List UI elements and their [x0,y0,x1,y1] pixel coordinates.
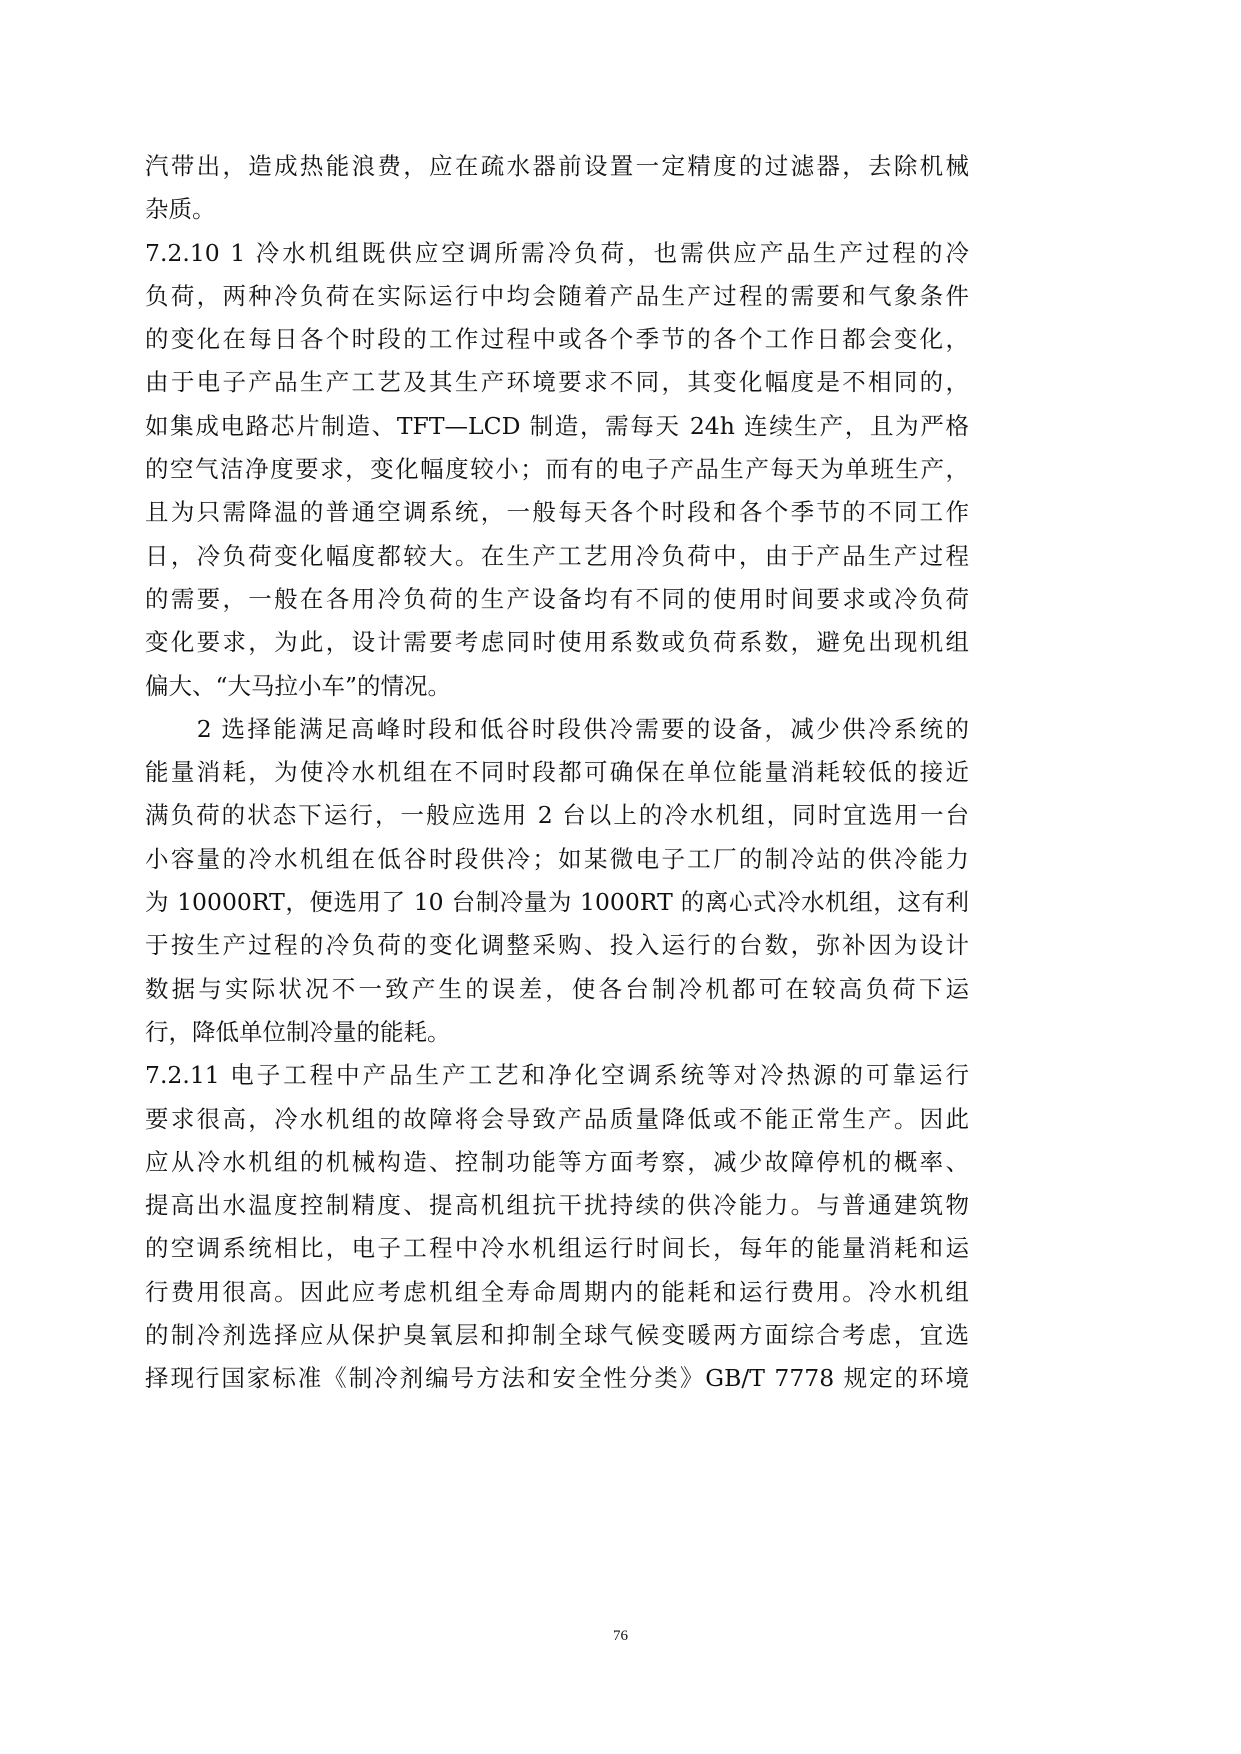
text-line: 提高出水温度控制精度、提高机组抗干扰持续的供冷能力。与普通建筑物 [145,1184,969,1227]
text-line: 满负荷的状态下运行，一般应选用 2 台以上的冷水机组，同时宜选用一台 [145,794,969,837]
text-line: 且为只需降温的普通空调系统，一般每天各个时段和各个季节的不同工作 [145,491,969,534]
item-2-line: 2 选择能满足高峰时段和低谷时段供冷需要的设备，减少供冷系统的 [145,708,969,751]
text-line: 如集成电路芯片制造、TFT—LCD 制造，需每天 24h 连续生产，且为严格 [145,405,969,448]
text-line: 的变化在每日各个时段的工作过程中或各个季节的各个工作日都会变化， [145,318,969,361]
text-line: 变化要求，为此，设计需要考虑同时使用系数或负荷系数，避免出现机组 [145,621,969,664]
text-line: 杂质。 [145,188,969,231]
text-line: 为 10000RT，便选用了 10 台制冷量为 1000RT 的离心式冷水机组，… [145,881,969,924]
text-line: 的需要，一般在各用冷负荷的生产设备均有不同的使用时间要求或冷负荷 [145,578,969,621]
text-line: 应从冷水机组的机械构造、控制功能等方面考察，减少故障停机的概率、 [145,1141,969,1184]
text-line: 择现行国家标准《制冷剂编号方法和安全性分类》GB/T 7778 规定的环境 [145,1357,969,1400]
text-line: 小容量的冷水机组在低谷时段供冷；如某微电子工厂的制冷站的供冷能力 [145,838,969,881]
text-line: 于按生产过程的冷负荷的变化调整采购、投入运行的台数，弥补因为设计 [145,924,969,967]
text-line: 的空气洁净度要求，变化幅度较小；而有的电子产品生产每天为单班生产， [145,448,969,491]
text-line: 的空调系统相比，电子工程中冷水机组运行时间长，每年的能量消耗和运 [145,1227,969,1270]
text-line: 数据与实际状况不一致产生的误差，使各台制冷机都可在较高负荷下运 [145,968,969,1011]
text-line: 行，降低单位制冷量的能耗。 [145,1011,969,1054]
text-line: 日，冷负荷变化幅度都较大。在生产工艺用冷负荷中，由于产品生产过程 [145,535,969,578]
text-line: 由于电子产品生产工艺及其生产环境要求不同，其变化幅度是不相同的， [145,361,969,404]
text-line: 要求很高，冷水机组的故障将会导致产品质量降低或不能正常生产。因此 [145,1098,969,1141]
page-number: 76 [0,1628,1241,1645]
text-line: 的制冷剂选择应从保护臭氧层和抑制全球气候变暖两方面综合考虑，宜选 [145,1314,969,1357]
text-line: 偏大、“大马拉小车”的情况。 [145,665,969,708]
text-line: 行费用很高。因此应考虑机组全寿命周期内的能耗和运行费用。冷水机组 [145,1271,969,1314]
section-7-2-10-line: 7.2.10 1 冷水机组既供应空调所需冷负荷，也需供应产品生产过程的冷 [145,232,969,275]
document-body: 汽带出，造成热能浪费，应在疏水器前设置一定精度的过滤器，去除机械 杂质。 7.2… [145,145,969,1401]
text-line: 能量消耗，为使冷水机组在不同时段都可确保在单位能量消耗较低的接近 [145,751,969,794]
text-line: 汽带出，造成热能浪费，应在疏水器前设置一定精度的过滤器，去除机械 [145,145,969,188]
text-line: 负荷，两种冷负荷在实际运行中均会随着产品生产过程的需要和气象条件 [145,275,969,318]
section-7-2-11-line: 7.2.11 电子工程中产品生产工艺和净化空调系统等对冷热源的可靠运行 [145,1054,969,1097]
